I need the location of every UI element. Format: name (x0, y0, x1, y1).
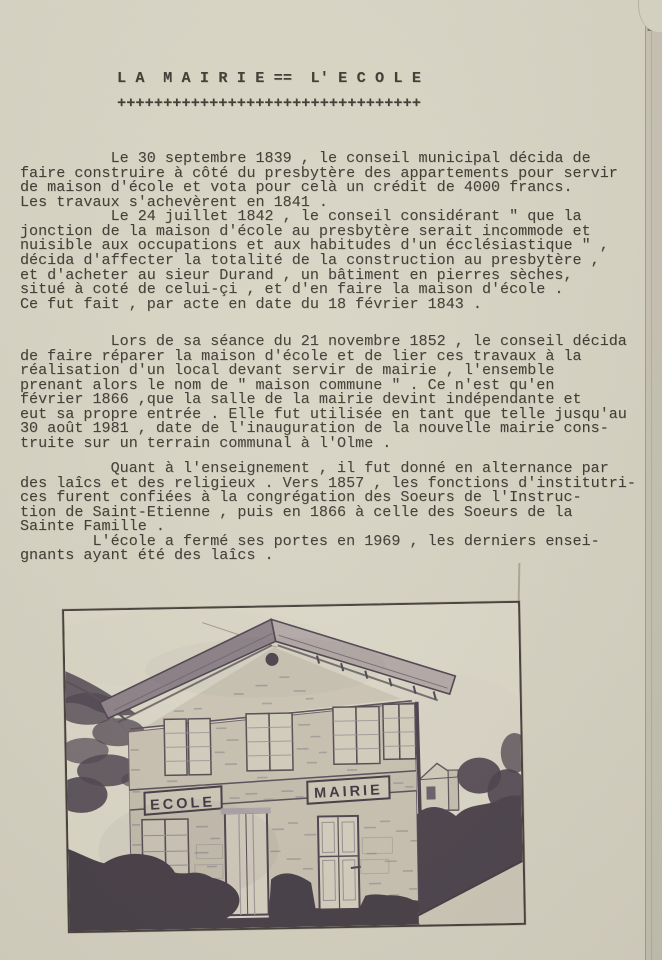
text-line: gnants ayant été des laîcs . (20, 548, 636, 563)
page-crease-mark (518, 563, 521, 605)
text-line: Ce fut fait , par acte en date du 18 fév… (20, 297, 618, 312)
page-title: L A M A I R I E == L' E C O L E (117, 69, 421, 87)
page-right-edge (645, 0, 662, 960)
text-line: truite sur un terrain communal à l'Olme … (20, 436, 627, 451)
right-door (318, 816, 362, 917)
document-page: L A M A I R I E == L' E C O L E ++++++++… (0, 0, 662, 960)
paragraph-1839: Le 30 septembre 1839 , le conseil munici… (20, 151, 618, 311)
building-photo: ECOLE MAIRIE (62, 601, 526, 933)
paragraph-1852: Lors de sa séance du 21 novembre 1852 , … (20, 334, 627, 451)
title-underline: +++++++++++++++++++++++++++++++++ (117, 94, 421, 112)
paragraph-enseignement: Quant à l'enseignement , il fut donné en… (20, 461, 636, 563)
page-right-edge-line (651, 30, 652, 960)
page-corner-curl (638, 0, 662, 32)
